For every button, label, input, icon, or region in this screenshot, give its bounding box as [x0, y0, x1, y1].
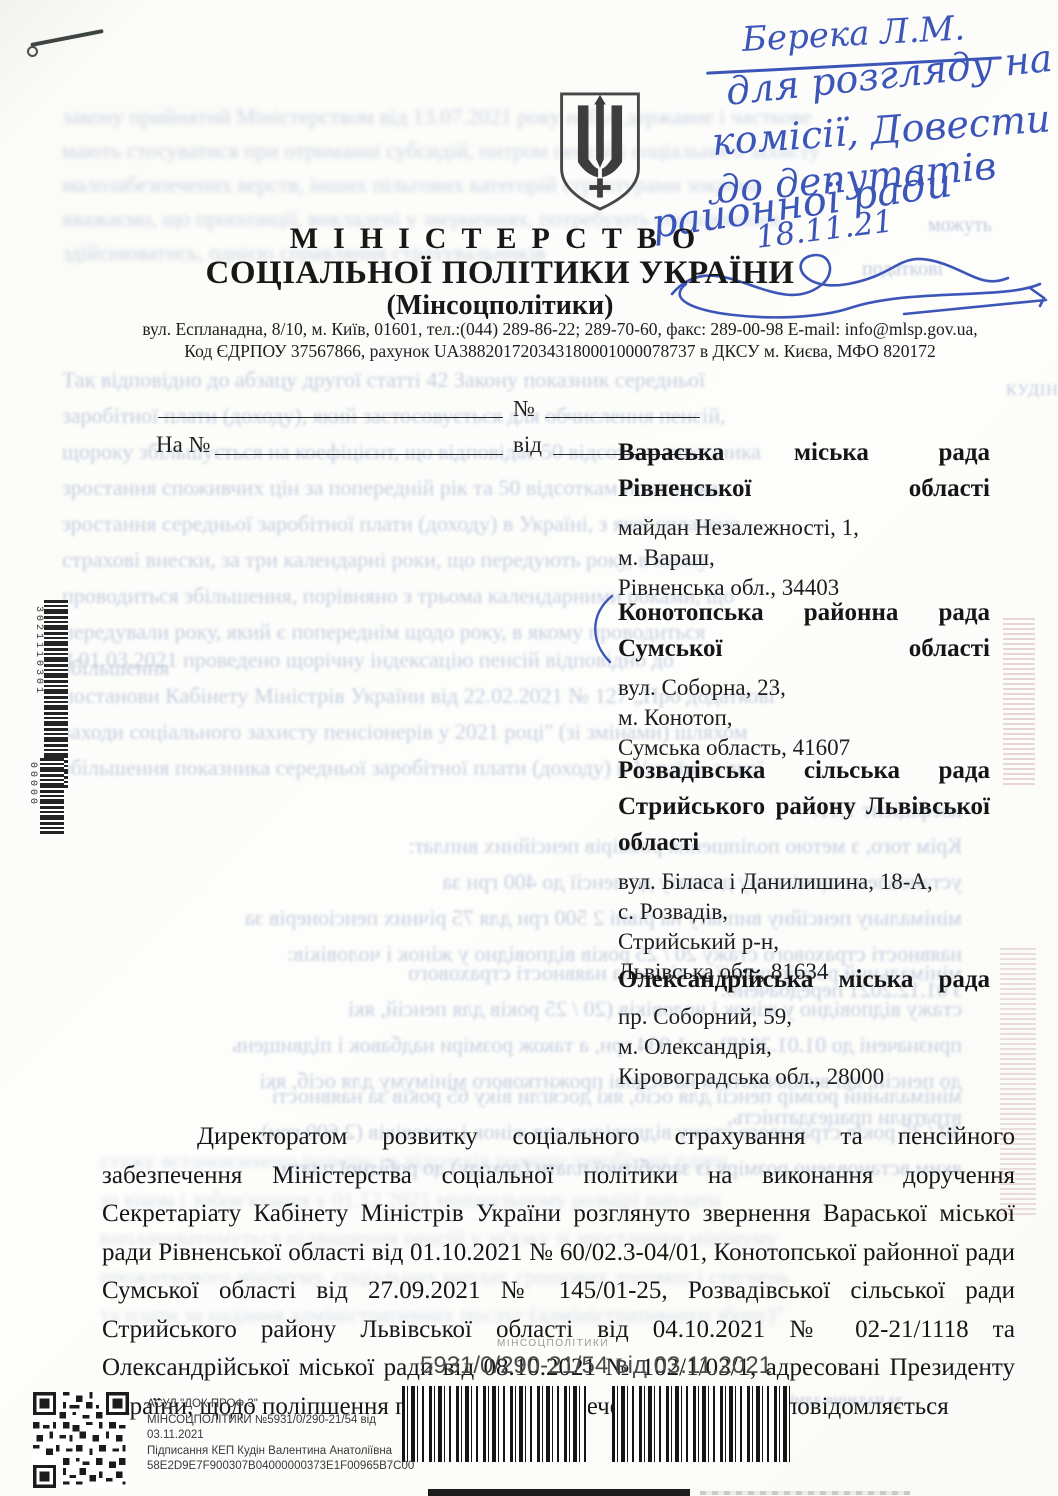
ministry-name-line2: СОЦІАЛЬНОЇ ПОЛІТИКИ УКРАЇНИ — [70, 255, 930, 292]
recipient-block: Конотопська районна рада Сумської област… — [618, 595, 990, 763]
recipient-title: Вараська міська рада Рівненської області — [618, 435, 990, 507]
registration-barcode — [612, 1386, 790, 1462]
bleed-through-fragment: КУДІН — [1006, 382, 1058, 400]
bleed-through-fragment: можуть — [928, 214, 992, 237]
pen-mark — [30, 29, 103, 47]
reference-line — [215, 453, 503, 455]
ministry-contact-info: вул. Еспланадна, 8/10, м. Київ, 01601, т… — [95, 318, 1025, 362]
pen-arc-mark — [584, 592, 618, 668]
recipient-address: майдан Незалежності, 1, м. Вараш, Рівнен… — [618, 513, 990, 603]
recipient-title: Конотопська районна рада Сумської област… — [618, 595, 990, 667]
scan-artifact-bar — [700, 1491, 910, 1495]
show-through-stripes — [1003, 618, 1035, 786]
coat-of-arms-ukraine-icon — [552, 88, 648, 215]
reference-line — [545, 416, 700, 418]
qr-code — [33, 1392, 129, 1488]
ministry-name-line1: МІНІСТЕРСТВО — [70, 222, 930, 256]
recipient-block: Вараська міська рада Рівненської області… — [618, 435, 990, 603]
recipient-title: Олександрійська міська рада — [618, 962, 990, 998]
reference-number-label: № — [513, 396, 535, 422]
stamp-registration-number: 5931/0/290-21/54 від 03.11.2021 — [420, 1352, 772, 1380]
recipient-block: Розвадівська сільська рада Стрийського р… — [618, 753, 990, 987]
stamp-ministry-label: МІНСОЦПОЛІТИКИ — [497, 1338, 609, 1349]
recipient-address: вул. Соборна, 23, м. Конотоп, Сумська об… — [618, 673, 990, 763]
reference-from-label: від — [513, 432, 542, 458]
side-barcode-lower — [40, 758, 64, 834]
side-barcode-digits: 3021110301 — [33, 606, 44, 696]
recipient-block: Олександрійська міська рада пр. Соборний… — [618, 962, 990, 1092]
scanned-letter-page: закону прийнятий Міністерством від 13.07… — [0, 0, 1058, 1496]
recipient-title: Розвадівська сільська рада Стрийського р… — [618, 753, 990, 861]
reference-on-number-label: На № — [156, 432, 211, 458]
reference-line — [158, 416, 503, 418]
side-barcode-digits: 00000 — [27, 762, 38, 807]
signing-info-text: АСУД "ДОК ПРОФ 3" МІНСОЦПОЛІТИКИ №5931/0… — [147, 1397, 447, 1475]
recipient-address: пр. Соборний, 59, м. Олександрія, Кірово… — [618, 1002, 990, 1092]
scan-artifact-bar — [428, 1489, 690, 1496]
pen-mark-dot — [27, 46, 38, 57]
